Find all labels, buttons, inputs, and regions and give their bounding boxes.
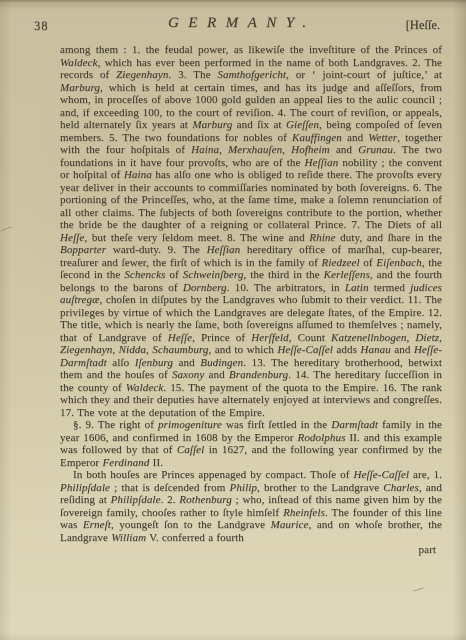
body-paragraph: §. 9. The right of primogeniture was fir… [60,419,442,469]
section-label: [Heſſe. [406,18,440,33]
page-body: among them : 1. the feudal power, as lik… [60,44,442,557]
paper-mark [413,587,424,592]
catchword: part [60,544,442,557]
running-title: GERMANY. [34,15,440,32]
page-header: 38 GERMANY. [Heſſe. [34,15,440,35]
body-paragraph: among them : 1. the feudal power, as lik… [60,44,442,419]
book-page: 38 GERMANY. [Heſſe. among them : 1. the … [0,0,466,640]
paper-crease [0,226,15,237]
body-paragraph: In both houſes are Princes appenaged by … [60,469,442,544]
